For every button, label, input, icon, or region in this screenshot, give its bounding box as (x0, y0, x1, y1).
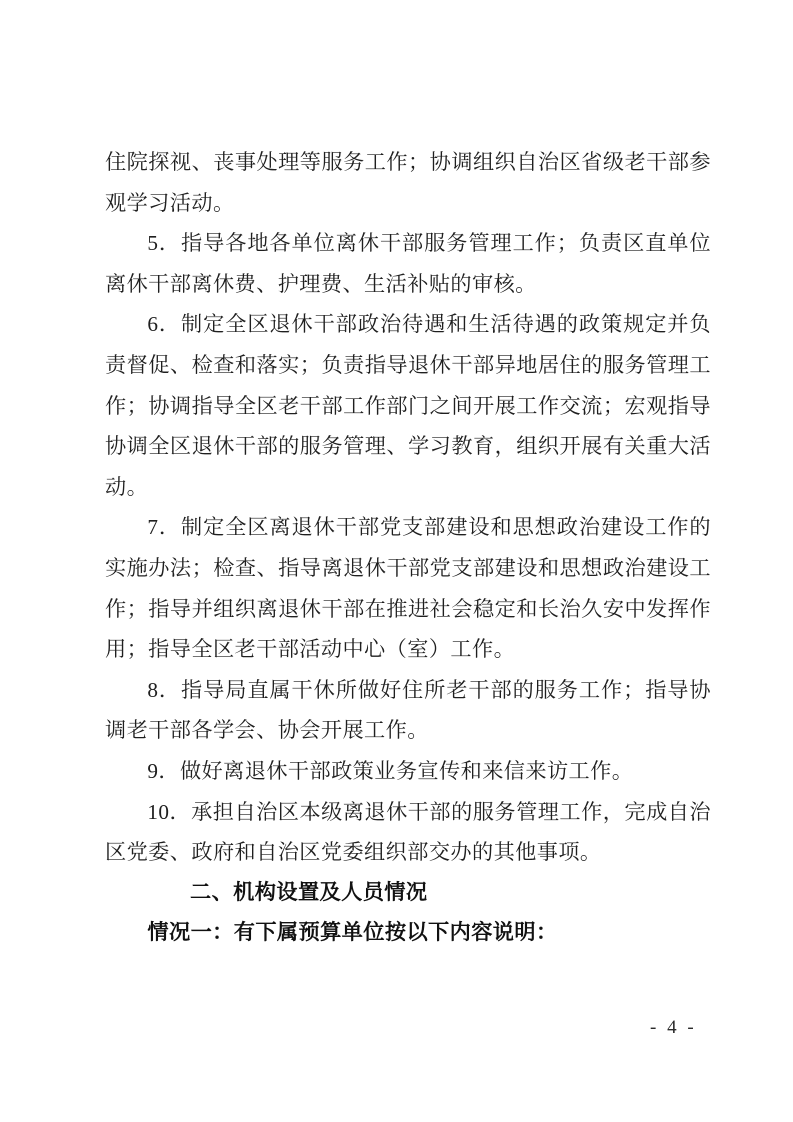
duty-item-9: 9．做好离退休干部政策业务宣传和来信来访工作。 (105, 751, 711, 792)
duty-item-8: 8．指导局直属干休所做好住所老干部的服务工作；指导协调老干部各学会、协会开展工作… (105, 670, 711, 751)
duty-item-7: 7．制定全区离退休干部党支部建设和思想政治建设工作的实施办法；检查、指导离退休干… (105, 507, 711, 669)
document-body: 住院探视、丧事处理等服务工作；协调组织自治区省级老干部参观学习活动。 5．指导各… (105, 142, 711, 954)
duty-item-6: 6．制定全区退休干部政治待遇和生活待遇的政策规定并负责督促、检查和落实；负责指导… (105, 304, 711, 507)
duty-item-10: 10．承担自治区本级离退休干部的服务管理工作，完成自治区党委、政府和自治区党委组… (105, 792, 711, 873)
document-page: 住院探视、丧事处理等服务工作；协调组织自治区省级老干部参观学习活动。 5．指导各… (0, 0, 793, 1122)
case-one-heading: 情况一：有下属预算单位按以下内容说明： (105, 913, 711, 954)
section-heading-organization: 二、机构设置及人员情况 (105, 873, 711, 914)
duty-item-5: 5．指导各地各单位离休干部服务管理工作；负责区直单位离休干部离休费、护理费、生活… (105, 223, 711, 304)
paragraph-continuation: 住院探视、丧事处理等服务工作；协调组织自治区省级老干部参观学习活动。 (105, 142, 711, 223)
page-number: - 4 - (650, 1016, 697, 1040)
